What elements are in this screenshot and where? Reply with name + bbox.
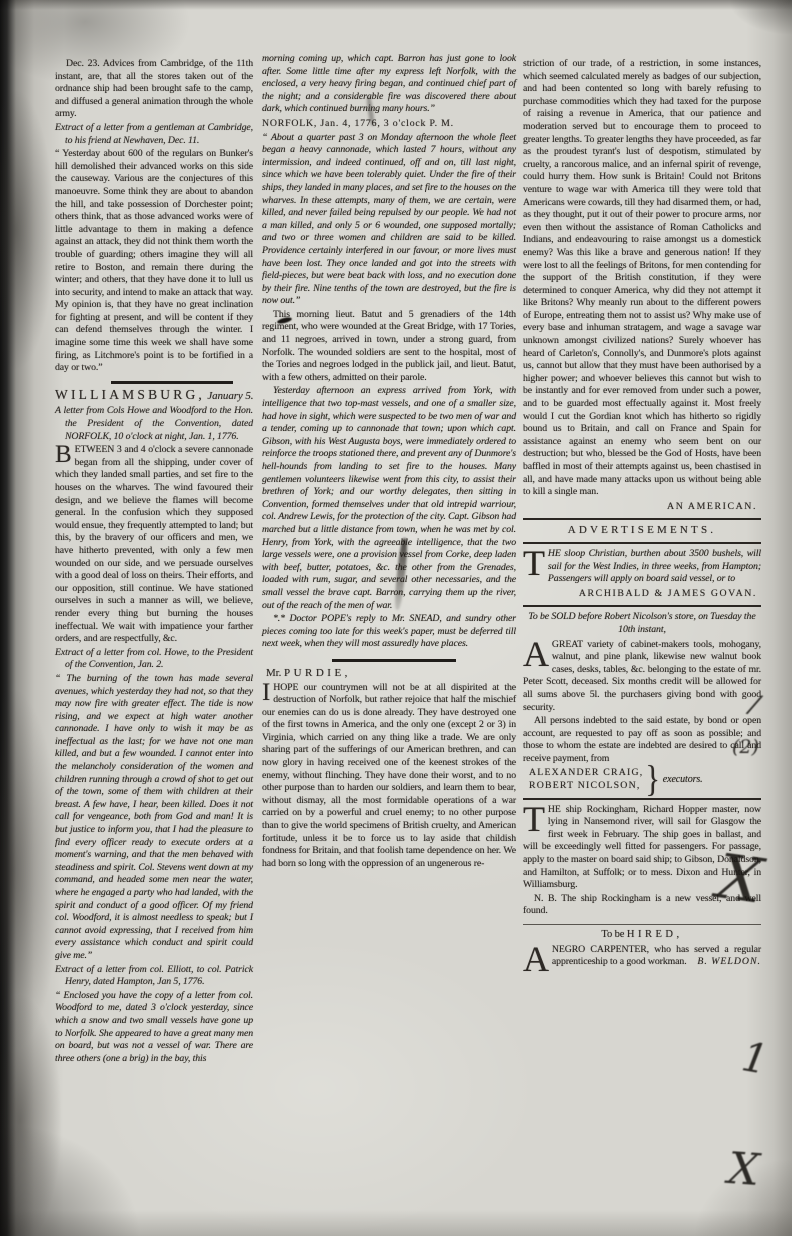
howe-letter-body: “ The burning of the town has made sever…: [55, 673, 253, 963]
section-rule: [332, 659, 456, 662]
williamsburg-dateline: WILLIAMSBURG, January 5.: [55, 389, 253, 404]
advertisements-heading: ADVERTISEMENTS.: [523, 524, 761, 537]
section-rule: [523, 924, 761, 925]
cambridge-letter-body: “ Yesterday about 600 of the regulars on…: [55, 148, 253, 375]
extract-heading-cambridge: Extract of a letter from a gentleman at …: [55, 122, 253, 147]
estate-sale-ad: A GREAT variety of cabinet-makers tools,…: [523, 639, 761, 715]
weldon-signature: B. WELDON.: [697, 956, 761, 969]
elliott-letter-continuation: morning coming up, which capt. Barron ha…: [262, 53, 516, 116]
sloop-christian-ad: THE sloop Christian, burthen about 3500 …: [523, 548, 761, 586]
howe-woodford-letter-heading: A letter from Cols Howe and Woodford to …: [55, 405, 253, 443]
executor-names: ALEXANDER CRAIG, ROBERT NICOLSON,: [529, 767, 643, 792]
purdie-prefix: Mr.: [266, 667, 281, 679]
sold-heading: To be SOLD before Robert Nicolson's stor…: [523, 611, 761, 636]
hope-letter-body: I HOPE our countrymen will not be at all…: [262, 682, 516, 871]
extract-heading-elliott: Extract of a letter from col. Elliott, t…: [55, 964, 253, 989]
executors-label: executors.: [663, 774, 703, 787]
column-right: striction of our trade, of a restriction…: [523, 57, 761, 973]
brace-glyph: }: [645, 772, 659, 788]
batut-paragraph: This morning lieut. Batut and 5 grenadie…: [262, 309, 516, 385]
norfolk-letter-body: “ About a quarter past 3 on Monday after…: [262, 132, 516, 308]
between-paragraph: BETWEEN 3 and 4 o'clock a severe cannona…: [55, 444, 253, 646]
section-rule: [523, 605, 761, 607]
editor-notice: *.* Doctor POPE's reply to Mr. SNEAD, an…: [262, 613, 516, 651]
column-left: Dec. 23. Advices from Cambridge, of the …: [55, 57, 253, 1065]
city-name: WILLIAMSBURG,: [55, 387, 205, 402]
cambridge-advices-paragraph: Dec. 23. Advices from Cambridge, of the …: [55, 58, 253, 121]
executor-nicolson: ROBERT NICOLSON,: [529, 780, 643, 793]
column-middle: morning coming up, which capt. Barron ha…: [262, 52, 516, 870]
section-rule: [111, 381, 233, 384]
norfolk-dateline: NORFOLK, Jan. 4, 1776, 3 o'clock P. M.: [262, 118, 516, 131]
purdie-heading: Mr. PURDIE,: [266, 667, 516, 680]
negro-carpenter-ad: A NEGRO CARPENTER, who has served a regu…: [523, 944, 761, 969]
section-rule: [523, 518, 761, 520]
handwritten-number-mark: (2): [732, 736, 759, 758]
hired-prefix: To be: [601, 929, 624, 940]
city-date: January 5.: [207, 390, 253, 402]
york-express-paragraph: Yesterday afternoon an express arrived f…: [262, 385, 516, 612]
handwritten-x-mark-weldon: X: [726, 1143, 761, 1196]
elliott-letter-body: “ Enclosed you have the copy of a letter…: [55, 990, 253, 1066]
executor-craig: ALEXANDER CRAIG,: [529, 767, 643, 780]
executors-block: ALEXANDER CRAIG, ROBERT NICOLSON, } exec…: [529, 767, 761, 792]
newspaper-page: Dec. 23. Advices from Cambridge, of the …: [0, 0, 792, 1236]
indebted-paragraph: All persons indebted to the said estate,…: [523, 715, 761, 765]
section-rule: [523, 542, 761, 544]
purdie-name: PURDIE,: [284, 667, 351, 679]
handwritten-stroke-mark: 1: [738, 1034, 771, 1084]
striction-continuation: striction of our trade, of a restriction…: [523, 58, 761, 499]
extract-heading-howe: Extract of a letter from col. Howe, to t…: [55, 647, 253, 672]
hired-word: HIRED,: [627, 929, 683, 940]
hired-heading: To be HIRED,: [523, 929, 761, 942]
section-rule: [523, 798, 761, 800]
an-american-signature: AN AMERICAN.: [523, 501, 757, 514]
govan-signature: ARCHIBALD & JAMES GOVAN.: [523, 588, 757, 601]
